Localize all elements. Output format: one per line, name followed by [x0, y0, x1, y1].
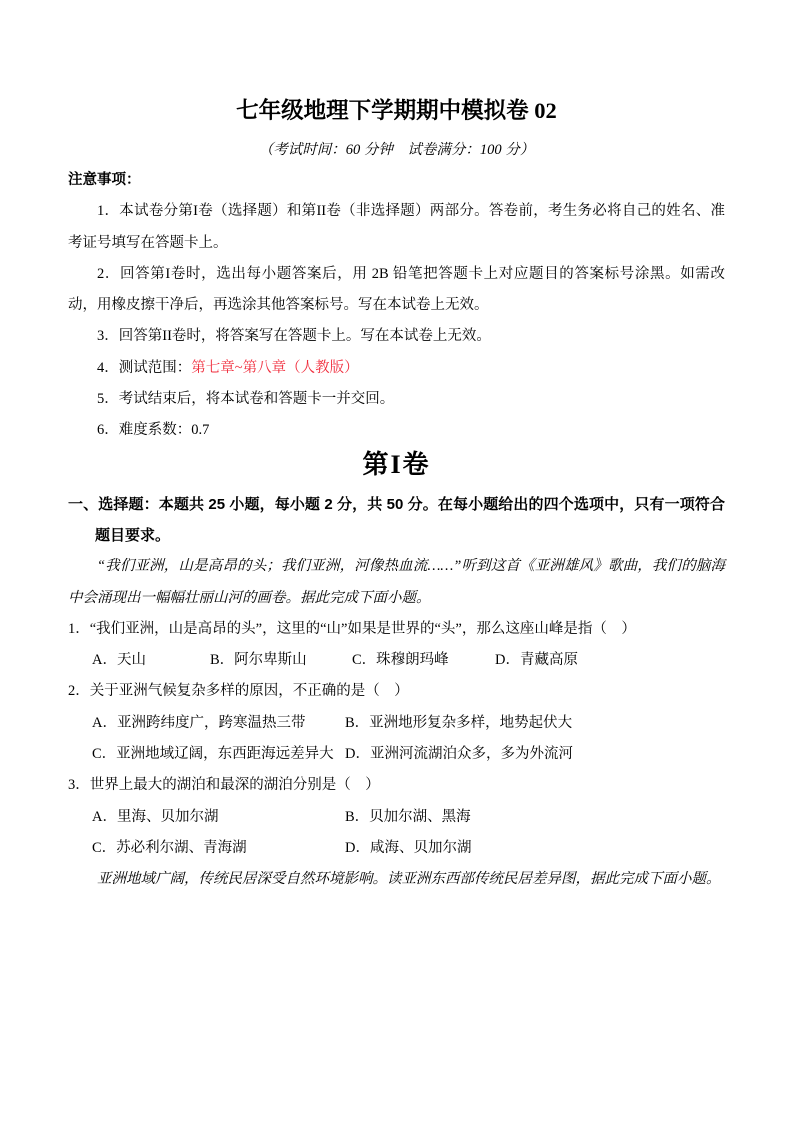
question-3-option-a: A．里海、贝加尔湖	[92, 802, 345, 833]
question-1-options: A．天山 B．阿尔卑斯山 C．珠穆朗玛峰 D．青藏高原	[68, 645, 725, 676]
exam-info-subtitle: （考试时间：60 分钟 试卷满分：100 分）	[68, 140, 725, 161]
notice-item-5: 5．考试结束后，将本试卷和答题卡一并交回。	[68, 384, 725, 415]
notice-item-1: 1．本试卷分第I卷（选择题）和第II卷（非选择题）两部分。答卷前，考生务必将自己…	[68, 196, 725, 259]
part-1-heading: 第I卷	[68, 447, 725, 483]
question-1: 1．“我们亚洲，山是高昂的头”，这里的“山”如果是世界的“头”，那么这座山峰是指…	[68, 614, 725, 677]
reading-passage-1: “我们亚洲，山是高昂的头；我们亚洲，河像热血流……”听到这首《亚洲雄风》歌曲，我…	[68, 551, 725, 614]
page-title: 七年级地理下学期期中模拟卷 02	[68, 96, 725, 126]
question-3-option-d: D．咸海、贝加尔湖	[345, 833, 725, 864]
notice-heading: 注意事项：	[68, 165, 725, 196]
reading-passage-2: 亚洲地域广阔，传统民居深受自然环境影响。读亚洲东西部传统民居差异图，据此完成下面…	[68, 864, 725, 895]
question-2-option-c: C．亚洲地域辽阔，东西距海远差异大	[92, 739, 345, 770]
notice-item-4: 4．测试范围：第七章~第八章（人教版）	[68, 353, 725, 384]
question-3-options: A．里海、贝加尔湖 B．贝加尔湖、黑海 C．苏必利尔湖、青海湖 D．咸海、贝加尔…	[68, 802, 725, 865]
question-2-stem: 2．关于亚洲气候复杂多样的原因，不正确的是（ ）	[68, 676, 725, 707]
question-2-option-a: A．亚洲跨纬度广，跨寒温热三带	[92, 708, 345, 739]
notice-section: 注意事项： 1．本试卷分第I卷（选择题）和第II卷（非选择题）两部分。答卷前，考…	[68, 165, 725, 447]
question-2-option-b: B．亚洲地形复杂多样，地势起伏大	[345, 708, 725, 739]
multiple-choice-section-heading: 一、选择题：本题共 25 小题，每小题 2 分，共 50 分。在每小题给出的四个…	[68, 489, 725, 552]
notice-item-4-test-range: 第七章~第八章（人教版）	[191, 360, 358, 376]
notice-item-6: 6．难度系数：0.7	[68, 415, 725, 446]
question-3: 3．世界上最大的湖泊和最深的湖泊分别是（ ） A．里海、贝加尔湖 B．贝加尔湖、…	[68, 770, 725, 864]
question-1-option-c: C．珠穆朗玛峰	[352, 645, 495, 676]
exam-paper-page: 七年级地理下学期期中模拟卷 02 （考试时间：60 分钟 试卷满分：100 分）…	[0, 0, 793, 1122]
question-2-options: A．亚洲跨纬度广，跨寒温热三带 B．亚洲地形复杂多样，地势起伏大 C．亚洲地域辽…	[68, 708, 725, 771]
question-2: 2．关于亚洲气候复杂多样的原因，不正确的是（ ） A．亚洲跨纬度广，跨寒温热三带…	[68, 676, 725, 770]
notice-item-2: 2．回答第I卷时，选出每小题答案后，用 2B 铅笔把答题卡上对应题目的答案标号涂…	[68, 259, 725, 322]
question-2-option-d: D．亚洲河流湖泊众多，多为外流河	[345, 739, 725, 770]
question-3-option-b: B．贝加尔湖、黑海	[345, 802, 725, 833]
question-3-option-c: C．苏必利尔湖、青海湖	[92, 833, 345, 864]
question-1-option-b: B．阿尔卑斯山	[210, 645, 352, 676]
notice-item-3: 3．回答第II卷时，将答案写在答题卡上。写在本试卷上无效。	[68, 321, 725, 352]
question-1-option-a: A．天山	[92, 645, 210, 676]
question-1-stem: 1．“我们亚洲，山是高昂的头”，这里的“山”如果是世界的“头”，那么这座山峰是指…	[68, 614, 725, 645]
question-3-stem: 3．世界上最大的湖泊和最深的湖泊分别是（ ）	[68, 770, 725, 801]
question-1-option-d: D．青藏高原	[495, 645, 725, 676]
notice-item-4-prefix: 4．测试范围：	[97, 360, 191, 376]
